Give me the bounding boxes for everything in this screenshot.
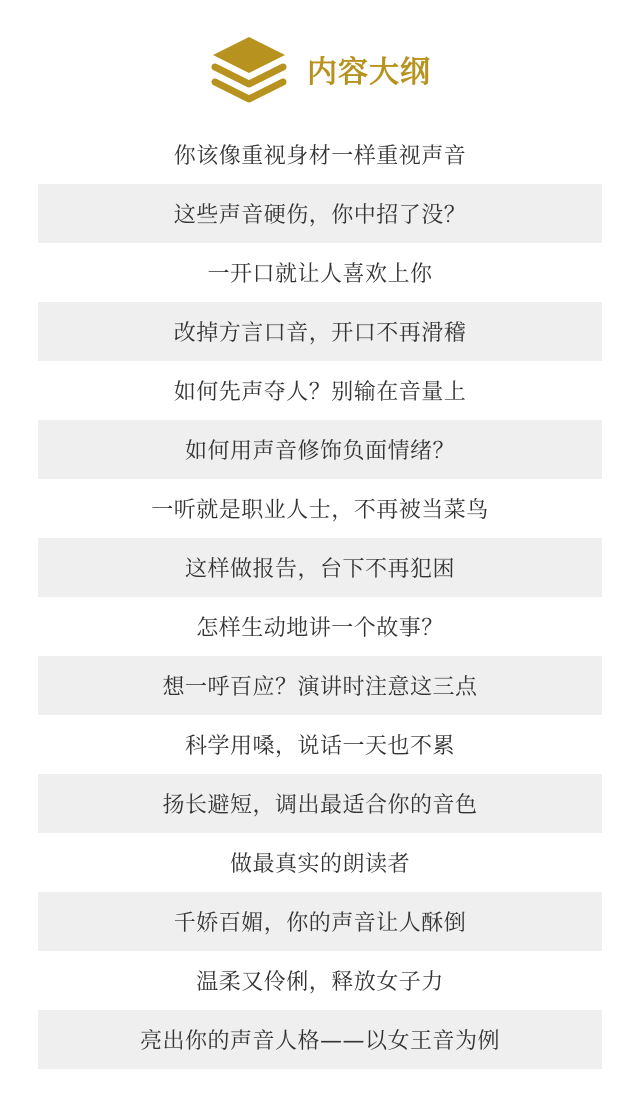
list-item: 这样做报告，台下不再犯困 — [38, 538, 602, 597]
list-item: 这些声音硬伤，你中招了没？ — [38, 184, 602, 243]
list-item: 科学用嗓，说话一天也不累 — [38, 715, 602, 774]
outline-list: 你该像重视身材一样重视声音 这些声音硬伤，你中招了没？ 一开口就让人喜欢上你 改… — [38, 125, 602, 1069]
list-item: 扬长避短，调出最适合你的音色 — [38, 774, 602, 833]
list-item: 千娇百媚，你的声音让人酥倒 — [38, 892, 602, 951]
list-item: 你该像重视身材一样重视声音 — [38, 125, 602, 184]
list-item: 想一呼百应？演讲时注意这三点 — [38, 656, 602, 715]
list-item: 一开口就让人喜欢上你 — [38, 243, 602, 302]
list-item: 如何先声夺人？别输在音量上 — [38, 361, 602, 420]
list-item: 如何用声音修饰负面情绪？ — [38, 420, 602, 479]
page-title: 内容大纲 — [307, 47, 431, 91]
list-item: 做最真实的朗读者 — [38, 833, 602, 892]
list-item: 温柔又伶俐，释放女子力 — [38, 951, 602, 1010]
outline-header: 内容大纲 — [0, 34, 640, 104]
layers-icon — [209, 35, 289, 103]
list-item: 怎样生动地讲一个故事？ — [38, 597, 602, 656]
list-item: 一听就是职业人士，不再被当菜鸟 — [38, 479, 602, 538]
list-item: 亮出你的声音人格——以女王音为例 — [38, 1010, 602, 1069]
list-item: 改掉方言口音，开口不再滑稽 — [38, 302, 602, 361]
